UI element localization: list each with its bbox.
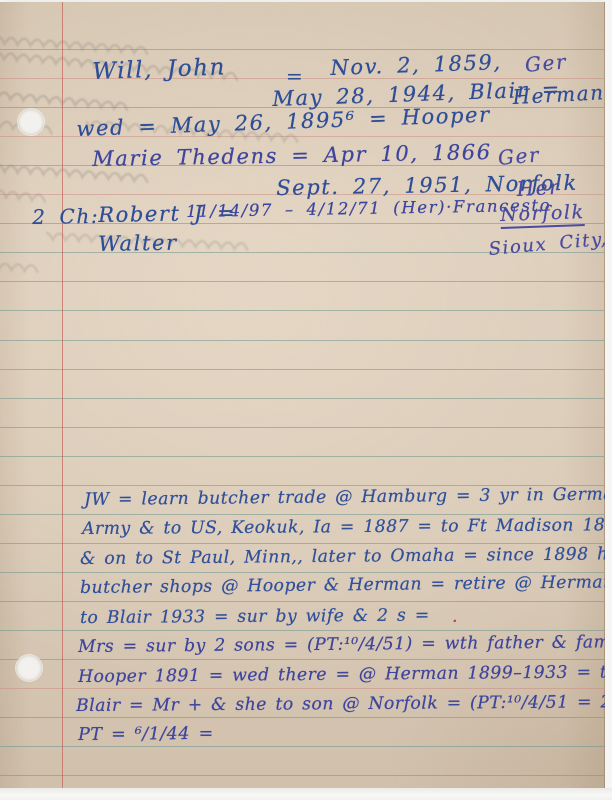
spouse-name: Marie Thedens = Apr 10, 1866 <box>92 141 492 171</box>
ruled-line <box>0 746 604 747</box>
note-line-4: butcher shops @ Hooper & Herman = retire… <box>80 573 612 598</box>
note-line-3: & on to St Paul, Minn,, later to Omaha =… <box>80 545 612 569</box>
ruled-line <box>0 369 604 370</box>
child-2-place: Sioux City, Ia. <box>488 226 612 260</box>
punch-hole-top <box>18 109 44 135</box>
punch-hole-bottom <box>16 655 42 681</box>
note-line-1: JW = learn butcher trade @ Hamburg = 3 y… <box>84 485 612 510</box>
ruled-line <box>0 514 604 515</box>
child-name-2: Walter <box>98 232 178 256</box>
ruled-line <box>0 281 604 282</box>
paper-page: Will, John=Nov. 2, 1859,GerMay 28, 1944,… <box>0 2 605 788</box>
ruled-line <box>0 601 604 602</box>
ruled-line <box>0 688 604 689</box>
origin-tag-2: Ger <box>497 143 541 169</box>
ruled-line <box>0 427 604 428</box>
ruled-line <box>0 717 604 718</box>
ruled-line <box>0 775 604 776</box>
child-1-place: Norfolk <box>500 202 585 229</box>
note-line-8: Blair = Mr + & she to son @ Norfolk = (P… <box>76 693 612 716</box>
ruled-line <box>0 630 604 631</box>
note-line-7: Hooper 1891 = wed there = @ Herman 1899–… <box>78 663 612 687</box>
scan-edge-bottom <box>0 788 612 800</box>
note-line-6: Mrs = sur by 2 sons = (PT:¹⁰/4/51) = wth… <box>78 633 612 657</box>
children-count: 2 Ch: <box>32 205 99 228</box>
ruled-line <box>0 398 604 399</box>
child-1-dates: 11/14/97 – 4/12/71 (Her)·Francesto <box>186 197 551 222</box>
ruled-line <box>0 340 604 341</box>
scan-edge-right <box>605 0 612 800</box>
note-line-9: PT = ⁶/1/44 = <box>78 725 214 745</box>
note-line-2: Army & to US, Keokuk, Ia = 1887 = to Ft … <box>82 516 612 539</box>
bleed-through-scribble <box>0 252 40 284</box>
ruled-line <box>0 659 604 660</box>
origin-tag-1: Ger <box>524 50 568 76</box>
equals-sign: = <box>286 65 304 87</box>
ink-dot: · <box>452 612 459 632</box>
ruled-line <box>0 543 604 544</box>
scanner-background: { "palette": { "ink": "#2e4e97", "violet… <box>0 0 612 800</box>
name-heading: Will, John <box>92 55 226 85</box>
ruled-line <box>0 456 604 457</box>
margin-line <box>62 2 63 788</box>
ruled-line <box>0 310 604 311</box>
note-line-5: to Blair 1933 = sur by wife & 2 s = <box>80 607 430 628</box>
residence-tag-1: Herman <box>512 81 605 108</box>
birth-date: Nov. 2, 1859, <box>330 51 502 80</box>
